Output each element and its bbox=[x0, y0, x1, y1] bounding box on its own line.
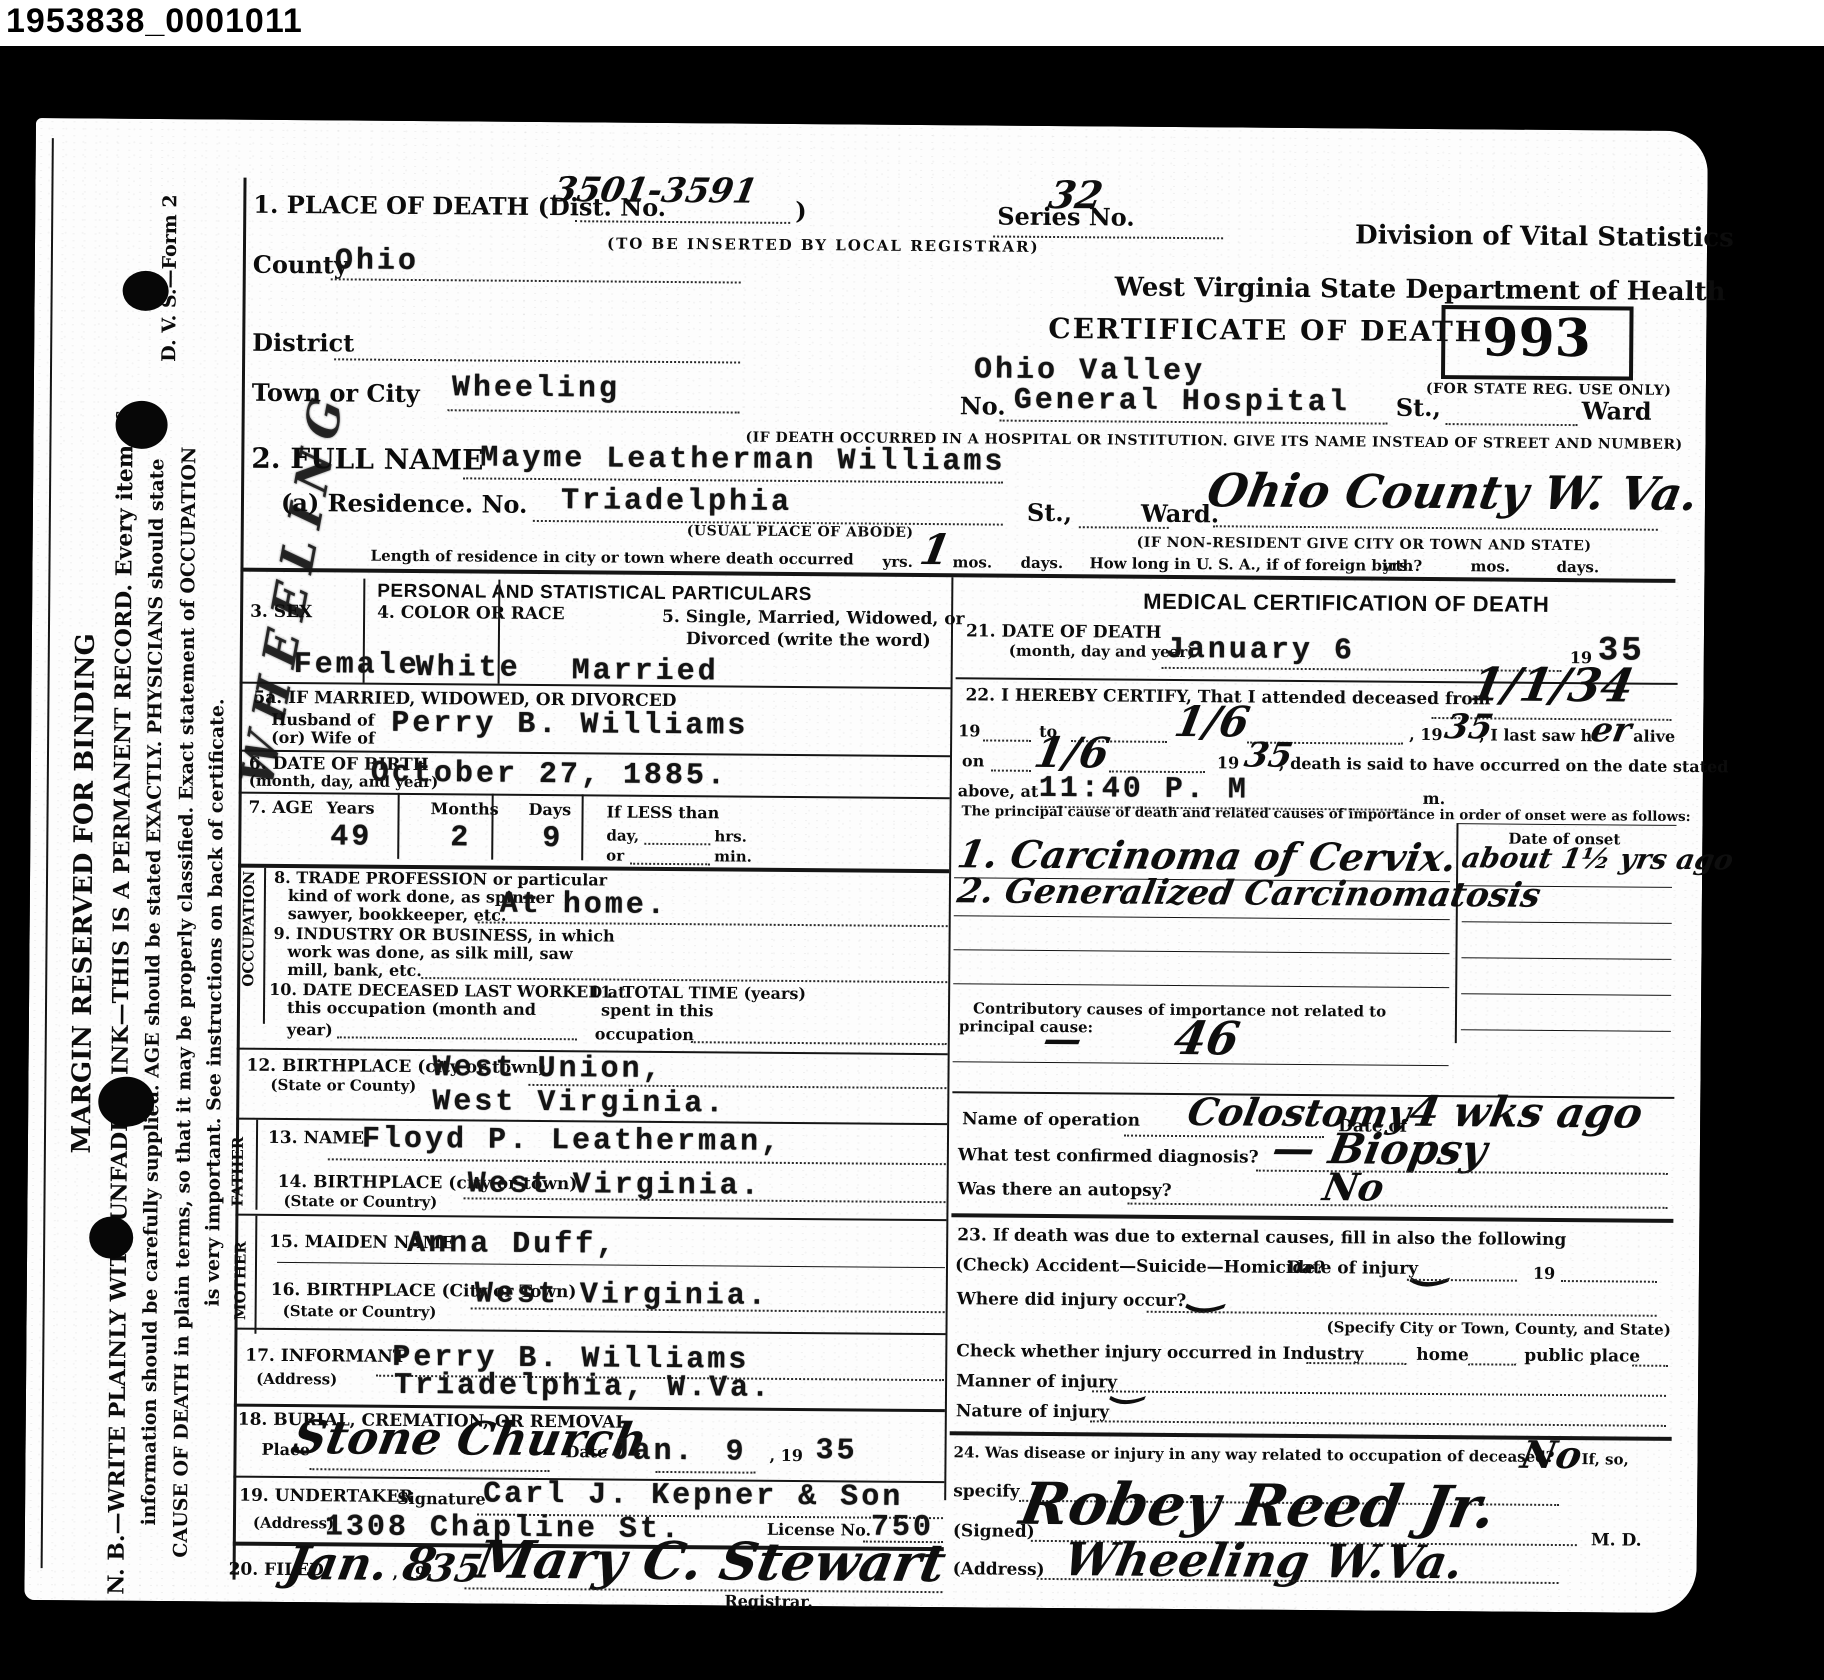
rule bbox=[328, 1158, 946, 1165]
rule bbox=[277, 1262, 945, 1268]
scan-id-label: 1953838_0001011 bbox=[6, 2, 303, 41]
occupation-vertical-label: OCCUPATION bbox=[239, 864, 258, 994]
occupation-bracket-line bbox=[263, 868, 266, 1024]
address-label: (Address) bbox=[953, 1559, 1045, 1580]
birthplace-city-value: West Union, bbox=[432, 1051, 663, 1087]
rule bbox=[954, 915, 1450, 920]
district-number-value: 3501-3591 bbox=[550, 170, 761, 212]
county-value: Ohio bbox=[335, 244, 419, 279]
certificate-number: 993 bbox=[1482, 307, 1591, 369]
if-less-min: min. bbox=[714, 847, 752, 865]
item24-answer: No bbox=[1517, 1432, 1585, 1477]
item10-label-2: this occupation (month and bbox=[287, 998, 536, 1019]
rule bbox=[644, 843, 710, 846]
scanned-death-certificate: 1953838_0001011 MARGIN RESERVED FOR BIND… bbox=[0, 0, 1824, 1680]
death-date-value: January 6 bbox=[1166, 633, 1355, 668]
item13-label: 13. NAME bbox=[268, 1128, 364, 1149]
onset1-value: about 1½ yrs ago bbox=[1459, 841, 1736, 876]
sex-label: 3. SEX bbox=[250, 602, 312, 622]
item24-label: 24. Was disease or injury in any way rel… bbox=[953, 1443, 1554, 1466]
rule bbox=[953, 983, 1449, 988]
her-value: er bbox=[1588, 710, 1635, 750]
injury-19-label: 19 bbox=[1533, 1264, 1555, 1283]
burial-date-label: Date bbox=[565, 1442, 607, 1461]
residence-value: Triadelphia bbox=[561, 484, 792, 520]
manner-label: Manner of injury bbox=[956, 1371, 1117, 1392]
race-label: 4. COLOR OR RACE bbox=[377, 603, 565, 624]
marital-label-1: 5. Single, Married, Widowed, or bbox=[662, 607, 965, 629]
rule bbox=[309, 1468, 549, 1472]
injury-date-label: Date of injury bbox=[1287, 1258, 1418, 1279]
on-label: on bbox=[962, 751, 984, 770]
rule bbox=[331, 278, 741, 283]
registrar-label: Registrar. bbox=[724, 1591, 813, 1611]
home-label: home bbox=[1416, 1345, 1469, 1365]
last-saw-label: , I last saw h bbox=[1479, 725, 1592, 745]
item11-label-3: occupation bbox=[595, 1024, 694, 1044]
close-paren: ) bbox=[795, 196, 807, 225]
usa-mos: mos. bbox=[1470, 557, 1510, 575]
yr19a-label: 19 bbox=[958, 721, 980, 740]
cell-divider bbox=[581, 794, 584, 860]
rule bbox=[1461, 957, 1671, 960]
filed-19-label: , 19 bbox=[393, 1563, 427, 1582]
st-label: St., bbox=[1396, 393, 1441, 422]
certificate-paper: MARGIN RESERVED FOR BINDING N. B.—WRITE … bbox=[24, 118, 1708, 1613]
item11-label-2: spent in this bbox=[601, 1000, 714, 1020]
birthplace-state-value: West Virginia. bbox=[432, 1085, 726, 1121]
item16-sub-label: (State or Country) bbox=[283, 1302, 437, 1321]
rule bbox=[1000, 420, 1388, 425]
principal-cause-note: The principal cause of death and related… bbox=[962, 803, 1691, 825]
rule bbox=[953, 949, 1449, 954]
mother-vertical-label: MOTHER bbox=[231, 1233, 250, 1328]
age-years-label: Years bbox=[327, 798, 375, 817]
ink-blot bbox=[115, 401, 167, 449]
margin-cause-text: CAUSE OF DEATH in plain terms, so that i… bbox=[169, 337, 201, 1667]
marital-label-2: Divorced (write the word) bbox=[686, 629, 931, 651]
attended-to-value: 1/6 bbox=[1171, 697, 1254, 747]
rule bbox=[235, 1214, 946, 1222]
item19-label: 19. UNDERTAKER bbox=[239, 1486, 413, 1507]
if-less-hrs: hrs. bbox=[714, 827, 747, 845]
operation-label: Name of operation bbox=[962, 1109, 1140, 1130]
item23-label: 23. If death was due to external causes,… bbox=[957, 1225, 1566, 1250]
rule bbox=[1632, 1365, 1668, 1367]
if-less-or: or bbox=[606, 847, 624, 865]
md-label: M. D. bbox=[1591, 1530, 1642, 1550]
residence-label: (a) Residence. No. bbox=[281, 488, 528, 519]
county-label: County bbox=[253, 250, 348, 280]
town-value: Wheeling bbox=[452, 371, 620, 406]
rule bbox=[1462, 921, 1672, 924]
series-note: (TO BE INSERTED BY LOCAL REGISTRAR) bbox=[607, 234, 1040, 255]
rule bbox=[630, 863, 710, 866]
rule bbox=[1147, 1311, 1657, 1317]
rule bbox=[337, 1036, 577, 1040]
full-name-label: 2. FULL NAME bbox=[251, 442, 483, 477]
ink-blot bbox=[98, 1077, 154, 1127]
rule bbox=[1090, 1420, 1666, 1427]
length-label: Length of residence in city or town wher… bbox=[371, 547, 854, 569]
rule bbox=[1468, 1363, 1516, 1365]
manner-mark: ‿ bbox=[1112, 1359, 1151, 1404]
above-at-label: above, at bbox=[958, 781, 1039, 801]
death-time-value: 11:40 P. M bbox=[1039, 772, 1249, 808]
item14-sub-label: (State or Country) bbox=[283, 1192, 437, 1211]
signature-label: Signature bbox=[397, 1489, 486, 1509]
comma19-label: , 19 bbox=[1409, 725, 1443, 744]
cell-divider bbox=[397, 793, 400, 859]
if-so-label: If, so, bbox=[1581, 1450, 1628, 1468]
if-less-day: day, bbox=[606, 827, 639, 845]
hospital-no-label: No. bbox=[960, 391, 1006, 420]
where-injury-label: Where did injury occur? bbox=[957, 1289, 1187, 1311]
age-days-label: Days bbox=[529, 800, 572, 819]
specify-note: (Specify City or Town, County, and State… bbox=[1326, 1318, 1670, 1339]
contributory-dash: — bbox=[1040, 1016, 1086, 1061]
rule bbox=[991, 770, 1031, 772]
abode-note: (USUAL PLACE OF ABODE) bbox=[687, 523, 914, 541]
ward-label: Ward bbox=[1582, 396, 1652, 426]
undertaker-value: Carl J. Kepner & Son bbox=[483, 1478, 903, 1515]
item17-label: 17. INFORMANT bbox=[245, 1346, 405, 1367]
res-st-label: St., bbox=[1027, 498, 1072, 527]
rule bbox=[334, 358, 740, 363]
nonresident-note: (IF NON-RESIDENT GIVE CITY OR TOWN AND S… bbox=[1137, 535, 1592, 555]
certificate-title: CERTIFICATE OF DEATH bbox=[1048, 312, 1483, 348]
dob-value: October 27, 1885. bbox=[371, 757, 728, 794]
binding-edge-line bbox=[41, 138, 54, 1568]
rule bbox=[983, 739, 1031, 741]
autopsy-value: No bbox=[1320, 1164, 1388, 1209]
rule bbox=[1461, 993, 1671, 996]
rule bbox=[1461, 1029, 1671, 1032]
age-days-value: 9 bbox=[542, 822, 563, 856]
length-mos-label: mos. bbox=[952, 553, 992, 571]
wife-of-label: (or) Wife of bbox=[271, 728, 375, 748]
contributory-value: 46 bbox=[1170, 1011, 1244, 1065]
length-value: 1 bbox=[916, 525, 954, 574]
residence-state-value: Ohio County W. Va. bbox=[1203, 463, 1703, 521]
nature-label: Nature of injury bbox=[956, 1401, 1109, 1422]
item10-label-3: year) bbox=[287, 1020, 333, 1039]
age-label: 7. AGE bbox=[249, 798, 313, 819]
rule bbox=[1213, 525, 1658, 530]
age-months-value: 2 bbox=[450, 821, 471, 855]
alive-label: alive bbox=[1633, 727, 1675, 746]
ink-blot bbox=[122, 271, 168, 311]
item8-label-3: sawyer, bookkeeper, etc. bbox=[288, 904, 507, 925]
age-years-value: 49 bbox=[330, 820, 372, 854]
series-no-value: 32 bbox=[1045, 172, 1106, 217]
scan-id-bar: 1953838_0001011 bbox=[0, 0, 1824, 46]
attended-from-value: 1/1/34 bbox=[1467, 657, 1639, 712]
usa-days: days. bbox=[1556, 558, 1599, 576]
usa-label: How long in U. S. A., if of foreign birt… bbox=[1089, 554, 1422, 575]
burial-year-value: 35 bbox=[815, 1434, 857, 1468]
physician-signature: Robey Reed Jr. bbox=[1015, 1470, 1501, 1542]
check-whether-label: Check whether injury occurred in Industr… bbox=[956, 1341, 1363, 1364]
father-vertical-label: FATHER bbox=[228, 1132, 247, 1212]
item21-label: 21. DATE OF DEATH bbox=[966, 621, 1162, 643]
father-bracket-line bbox=[255, 1120, 258, 1210]
rule bbox=[234, 1328, 945, 1336]
test-label: What test confirmed diagnosis? bbox=[958, 1145, 1259, 1167]
specify-label: specify bbox=[953, 1481, 1019, 1502]
rule bbox=[1127, 1203, 1667, 1209]
town-label: Town or City bbox=[252, 378, 420, 408]
check-label: (Check) Accident—Suicide—Homicide? bbox=[955, 1255, 1325, 1278]
burial-month-value: Jan. bbox=[611, 1435, 695, 1470]
cell-divider bbox=[491, 794, 494, 860]
age-months-label: Months bbox=[431, 799, 499, 819]
district-label: District bbox=[252, 328, 354, 358]
margin-info-text: information should be carefully supplied… bbox=[137, 367, 169, 1617]
full-name-value: Mayme Leatherman Williams bbox=[480, 442, 1005, 480]
if-less-label: If LESS than bbox=[606, 803, 719, 823]
hospital-value: General Hospital bbox=[1014, 384, 1350, 421]
rule bbox=[1306, 1362, 1406, 1365]
rule bbox=[1446, 423, 1578, 426]
mother-name-value: Anna Duff, bbox=[407, 1227, 617, 1263]
rule bbox=[575, 220, 790, 224]
on-rest-label: , death is said to have occurred on the … bbox=[1279, 754, 1729, 777]
length-yrs-label: yrs. bbox=[882, 553, 912, 571]
m-label: m. bbox=[1423, 789, 1446, 808]
informant-address-value: Triadelphia, W.Va. bbox=[394, 1369, 772, 1406]
autopsy-label: Was there an autopsy? bbox=[958, 1179, 1172, 1201]
right-section-title: MEDICAL CERTIFICATION OF DEATH bbox=[1143, 589, 1549, 618]
division-title: Division of Vital Statistics bbox=[1355, 220, 1734, 253]
item17-address-label: (Address) bbox=[256, 1370, 337, 1389]
burial-19-label: , 19 bbox=[769, 1446, 803, 1465]
burial-day-value: 9 bbox=[725, 1435, 746, 1469]
usa-yrs: yrs. bbox=[1382, 557, 1412, 575]
race-value: White bbox=[416, 651, 521, 686]
department-title: West Virginia State Department of Health bbox=[1115, 272, 1726, 307]
public-place-label: public place bbox=[1524, 1346, 1640, 1367]
registrar-signature: Mary C. Stewart bbox=[471, 1530, 950, 1595]
margin-nb-text: N. B.—WRITE PLAINLY WITH UNFADING INK—TH… bbox=[103, 445, 138, 1595]
item9-label-3: mill, bank, etc. bbox=[287, 960, 422, 980]
rule bbox=[1092, 1390, 1666, 1397]
length-days-label: days. bbox=[1020, 554, 1063, 572]
item19-address-label: (Address) bbox=[253, 1514, 334, 1533]
yr19b-label: 19 bbox=[1217, 753, 1239, 772]
margin-important-text: is very important. See instructions on b… bbox=[201, 602, 229, 1402]
cause2-value: 2. Generalized Carcinomatosis bbox=[954, 871, 1544, 916]
last-seen-value: 1/6 bbox=[1031, 728, 1114, 778]
rule bbox=[691, 1041, 947, 1045]
trade-value: At home. bbox=[500, 888, 668, 923]
sex-value: Female bbox=[294, 648, 420, 683]
item12-sub-label: (State or County) bbox=[270, 1076, 416, 1095]
husband-of-label: Husband of bbox=[271, 710, 374, 730]
rule bbox=[951, 1213, 1673, 1223]
spouse-value: Perry B. Williams bbox=[391, 707, 748, 744]
rule bbox=[1561, 1280, 1657, 1283]
rule bbox=[655, 1471, 755, 1474]
father-name-value: Floyd P. Leatherman, bbox=[362, 1123, 782, 1160]
margin-binding-text: MARGIN RESERVED FOR BINDING bbox=[66, 543, 101, 1243]
ink-blot bbox=[89, 1216, 133, 1258]
rule bbox=[448, 409, 740, 413]
column-divider bbox=[944, 577, 953, 1500]
mother-bracket-line bbox=[254, 1216, 257, 1334]
